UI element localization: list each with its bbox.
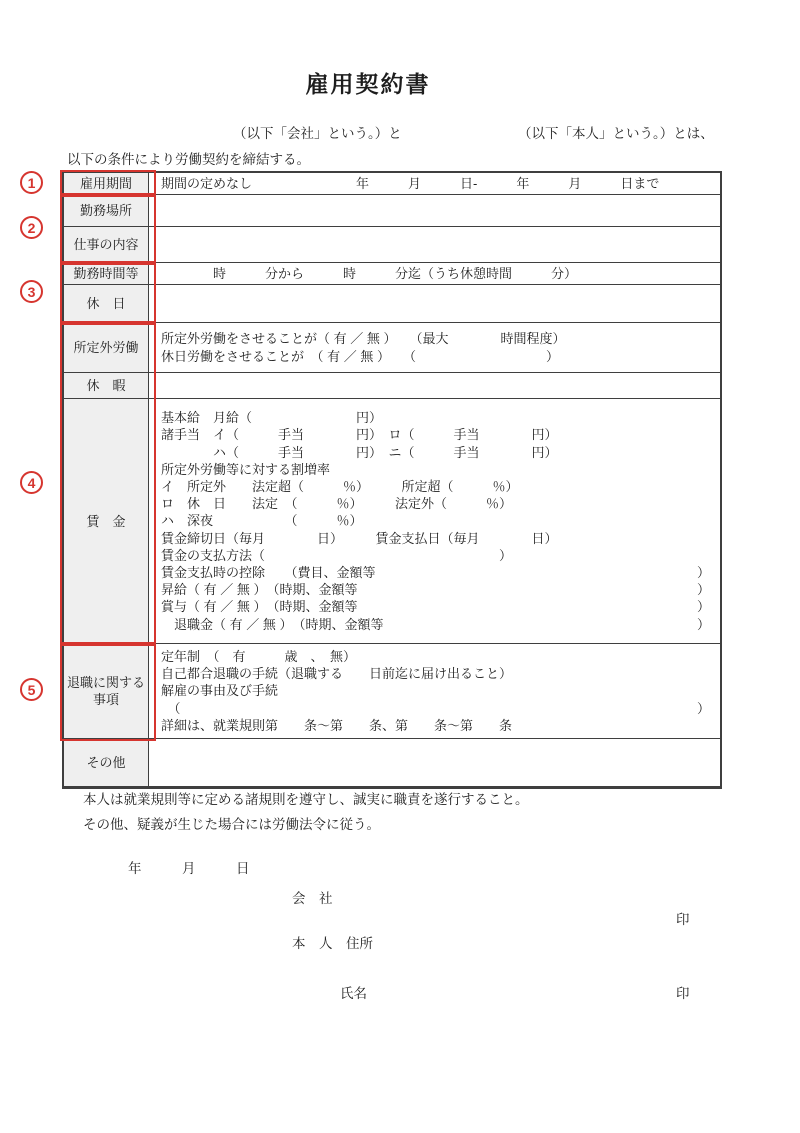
table-row: 所定外労働所定外労働をさせることが（ 有 ／ 無 ） （最大 時間程度）休日労働…	[64, 323, 720, 373]
content-line: 期間の定めなし 年 月 日- 年 月 日まで	[161, 175, 710, 192]
content-line: 昇給（ 有 ／ 無 ） （時期、金額等）	[161, 581, 710, 598]
circled-number-3: 3	[20, 280, 43, 303]
table-row: 休 暇	[64, 373, 720, 399]
intro-company-clause: （以下「会社」という。）と	[233, 122, 402, 142]
row-label: 賃 金	[64, 399, 149, 643]
content-line: 賃金支払時の控除 （費目、金額等）	[161, 564, 710, 581]
content-line: 賃金締切日（毎月 日） 賃金支払日（毎月 日）	[161, 530, 710, 547]
content-line: 賃金の支払方法（ ）	[161, 547, 710, 564]
row-content: 時 分から 時 分迄（うち休憩時間 分）	[149, 263, 720, 284]
row-label: 退職に関する事項	[64, 644, 149, 738]
page-title: 雇用契約書	[0, 66, 736, 99]
row-content: 期間の定めなし 年 月 日- 年 月 日まで	[149, 173, 720, 194]
company-signature-label: 会 社	[292, 887, 333, 907]
content-line: ハ（ 手当 円） ニ（ 手当 円）	[161, 444, 710, 461]
table-row: 勤務時間等 時 分から 時 分迄（うち休憩時間 分）	[64, 263, 720, 285]
row-label: その他	[64, 739, 149, 786]
compliance-line-2: その他、疑義が生じた場合には労働法令に従う。	[83, 813, 380, 833]
row-content	[149, 373, 720, 398]
content-line: ロ 休 日 法定 （ ％） 法定外（ ％）	[161, 495, 710, 512]
row-label: 勤務場所	[64, 195, 149, 226]
table-row: 退職に関する事項定年制 （ 有 歳 、 無）自己都合退職の手続（退職する 日前迄…	[64, 644, 720, 739]
content-line: 所定外労働をさせることが（ 有 ／ 無 ） （最大 時間程度）	[161, 330, 710, 347]
table-row: 休 日	[64, 285, 720, 323]
compliance-line-1: 本人は就業規則等に定める諸規則を遵守し、誠実に職責を遂行すること。	[83, 788, 529, 808]
table-row: 仕事の内容	[64, 227, 720, 263]
person-seal-mark: 印	[676, 982, 690, 1002]
row-label: 所定外労働	[64, 323, 149, 372]
content-line: ハ 深夜 （ ％）	[161, 512, 710, 529]
row-content: 基本給 月給（ 円）諸手当 イ（ 手当 円） ロ（ 手当 円） ハ（ 手当 円）…	[149, 399, 720, 643]
person-address-label: 本 人 住所	[292, 932, 373, 952]
intro-conditions-line: 以下の条件により労働契約を締結する。	[67, 148, 310, 168]
content-line: 時 分から 時 分迄（うち休憩時間 分）	[161, 265, 710, 282]
content-line: 諸手当 イ（ 手当 円） ロ（ 手当 円）	[161, 426, 710, 443]
content-line: 休日労働をさせることが （ 有 ／ 無 ） （ ）	[161, 348, 710, 365]
circled-number-5: 5	[20, 678, 43, 701]
table-row: 賃 金基本給 月給（ 円）諸手当 イ（ 手当 円） ロ（ 手当 円） ハ（ 手当…	[64, 399, 720, 644]
row-content: 所定外労働をさせることが（ 有 ／ 無 ） （最大 時間程度）休日労働をさせるこ…	[149, 323, 720, 372]
content-line: 基本給 月給（ 円）	[161, 409, 710, 426]
content-line: 所定外労働等に対する割増率	[161, 461, 710, 478]
content-line: 自己都合退職の手続（退職する 日前迄に届け出ること）	[161, 665, 710, 682]
person-name-label: 氏名	[340, 982, 367, 1002]
row-label: 雇用期間	[64, 173, 149, 194]
table-row: 勤務場所	[64, 195, 720, 227]
content-line: 詳細は、就業規則第 条～第 条、第 条～第 条	[161, 717, 710, 734]
content-line: 解雇の事由及び手続	[161, 682, 710, 699]
row-label: 休 日	[64, 285, 149, 322]
row-label: 勤務時間等	[64, 263, 149, 284]
intro-person-clause: （以下「本人」という。）とは、	[518, 122, 714, 142]
row-label: 休 暇	[64, 373, 149, 398]
content-line: イ 所定外 法定超（ ％） 所定超（ ％）	[161, 478, 710, 495]
content-line: 退職金（ 有 ／ 無 ） （時期、金額等）	[161, 616, 710, 633]
contract-table: 雇用期間期間の定めなし 年 月 日- 年 月 日まで勤務場所仕事の内容勤務時間等…	[62, 171, 722, 789]
content-line: （）	[161, 700, 710, 717]
row-content	[149, 739, 720, 786]
table-row: その他	[64, 739, 720, 787]
table-row: 雇用期間期間の定めなし 年 月 日- 年 月 日まで	[64, 173, 720, 195]
company-seal-mark: 印	[676, 908, 690, 928]
circled-number-2: 2	[20, 216, 43, 239]
content-line: 賞与（ 有 ／ 無 ） （時期、金額等）	[161, 598, 710, 615]
circled-number-4: 4	[20, 471, 43, 494]
circled-number-1: 1	[20, 171, 43, 194]
contract-page: 雇用契約書 （以下「会社」という。）と （以下「本人」という。）とは、 以下の条…	[0, 0, 800, 1133]
content-line: 定年制 （ 有 歳 、 無）	[161, 648, 710, 665]
row-content	[149, 227, 720, 262]
row-label: 仕事の内容	[64, 227, 149, 262]
row-content	[149, 195, 720, 226]
row-content: 定年制 （ 有 歳 、 無）自己都合退職の手続（退職する 日前迄に届け出ること）…	[149, 644, 720, 738]
signature-date-line: 年 月 日	[128, 857, 250, 877]
row-content	[149, 285, 720, 322]
